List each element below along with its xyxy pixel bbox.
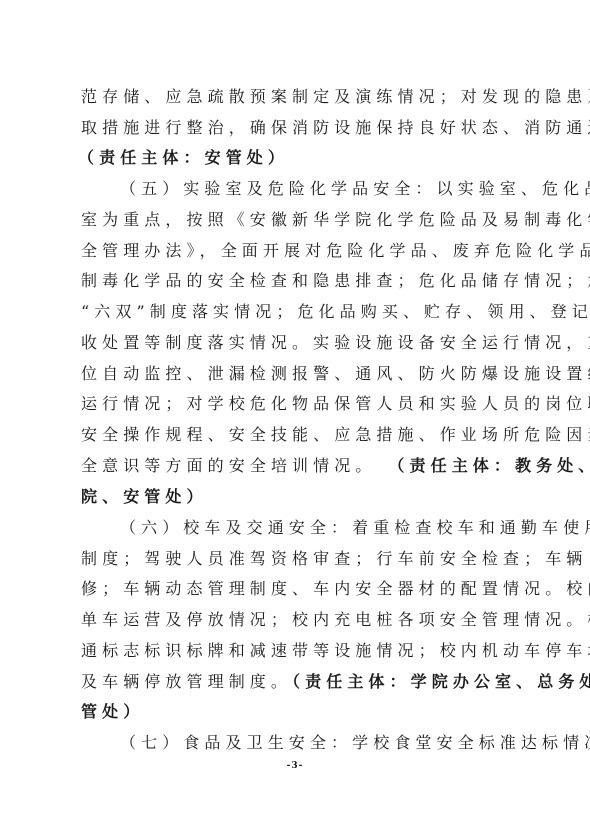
text-line: 收处置等制度落实情况。实验设施设备安全运行情况，重点部 (81, 327, 511, 358)
section-heading-5: （五）实验室及危险化学品安全：以实验室、危化品储存 (120, 173, 550, 204)
text-line: “六双”制度落实情况；危化品购买、贮存、领用、登记、回 (81, 296, 511, 327)
text-line: 通标志标识标牌和减速带等设施情况；校内机动车停车场配置 (81, 635, 511, 666)
text-segment: 及车辆停放管理制度。 (81, 672, 292, 691)
responsibility-note: （责任主体：学院办公室、总务处、安 (292, 672, 590, 691)
text-line: 制毒化学品的安全检查和隐患排查；危化品储存情况；危化品 (81, 265, 511, 296)
responsibility-note: 管处） (81, 696, 511, 727)
text-line: 运行情况；对学校危化物品保管人员和实验人员的岗位职责、 (81, 388, 511, 419)
responsibility-note: （责任主体：教务处、药学 (388, 456, 590, 475)
text-segment: 全意识等方面的安全培训情况。 (81, 456, 376, 475)
text-line: 室为重点，按照《安徽新华学院化学危险品及易制毒化学品安 (81, 204, 511, 235)
section-heading-6: （六）校车及交通安全：着重检查校车和通勤车使用管理 (120, 512, 550, 543)
text-line: 单车运营及停放情况；校内充电桩各项安全管理情况。校内交 (81, 604, 511, 635)
section-heading-7: （七）食品及卫生安全：学校食堂安全标准达标情况，食 (120, 727, 550, 758)
text-line: 修；车辆动态管理制度、车内安全器材的配置情况。校内共享 (81, 573, 511, 604)
text-line: 全意识等方面的安全培训情况。（责任主体：教务处、药学 (81, 450, 511, 481)
page-number: -3- (0, 761, 590, 771)
text-line: 范存储、应急疏散预案制定及演练情况；对发现的隐患及时采 (81, 81, 511, 112)
text-line: 及车辆停放管理制度。（责任主体：学院办公室、总务处、安 (81, 666, 511, 697)
text-line: 安全操作规程、安全技能、应急措施、作业场所危险因素、安 (81, 419, 511, 450)
text-line: 全管理办法》，全面开展对危险化学品、废弃危险化学品、易 (81, 235, 511, 266)
text-line: 取措施进行整治，确保消防设施保持良好状态、消防通道畅通。 (81, 112, 511, 143)
responsibility-note: （责任主体：安管处） (78, 142, 508, 173)
document-page: 范存储、应急疏散预案制定及演练情况；对发现的隐患及时采 取措施进行整治，确保消防… (0, 0, 590, 829)
text-line: 制度；驾驶人员准驾资格审查；行车前安全检查；车辆日常检 (81, 543, 511, 574)
responsibility-note: 院、安管处） (81, 481, 511, 512)
text-line: 位自动监控、泄漏检测报警、通风、防火防爆设施设置维护及 (81, 358, 511, 389)
